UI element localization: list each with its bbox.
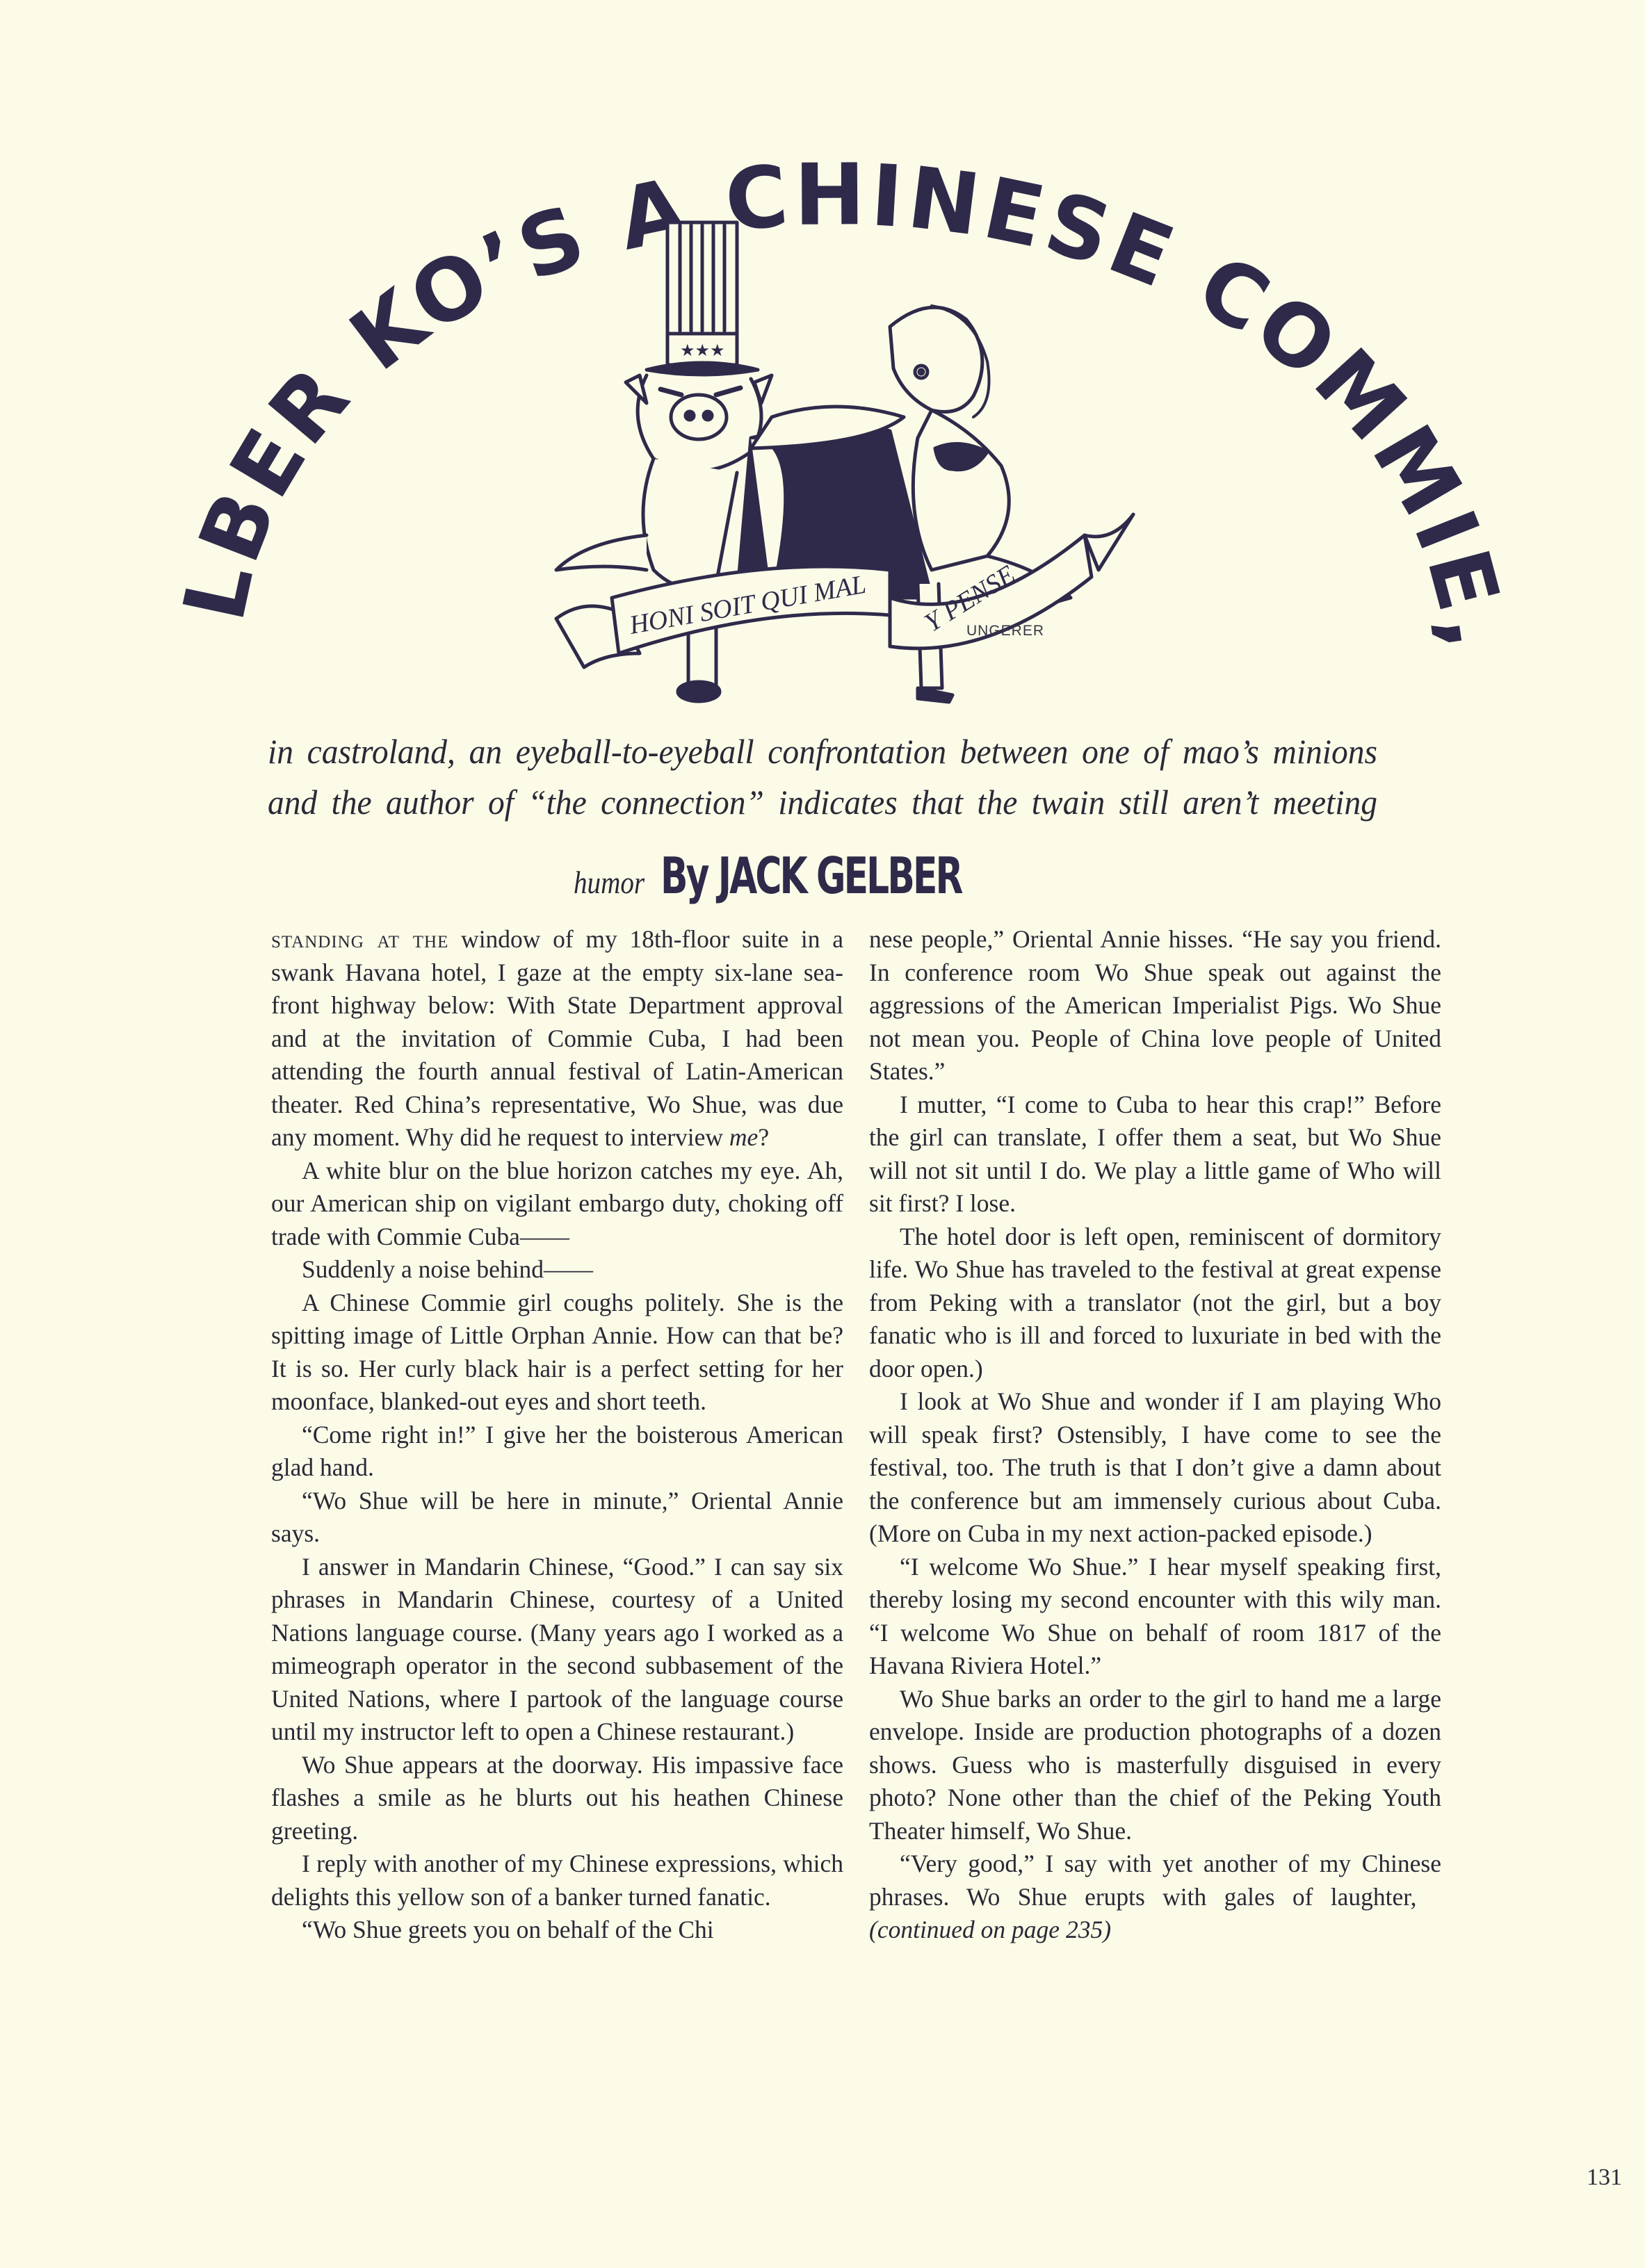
body-column-right: nese people,” Oriental Annie hisses. “He… xyxy=(869,923,1441,1947)
paragraph: A white blur on the blue horizon catches… xyxy=(271,1155,843,1254)
paragraph: I reply with another of my Chinese expre… xyxy=(271,1847,843,1914)
paragraph: nese people,” Oriental Annie hisses. “He… xyxy=(869,923,1441,1088)
author-name: By JACK GELBER xyxy=(661,847,962,905)
paragraph: “Come right in!” I give her the boister­… xyxy=(271,1419,843,1485)
byline: humorBy JACK GELBER xyxy=(0,847,1645,905)
paragraph: “I welcome Wo Shue.” I hear myself speak… xyxy=(869,1551,1441,1683)
lead-in: STANDING AT THE xyxy=(271,925,448,953)
continuation-note: (continued on page 235) xyxy=(869,1916,1111,1943)
svg-text:★★★: ★★★ xyxy=(680,341,725,360)
paragraph: Suddenly a noise behind—— xyxy=(271,1253,843,1287)
section-rubric: humor xyxy=(574,864,645,901)
emphasis: me xyxy=(729,1123,758,1151)
paragraph: I answer in Mandarin Chinese, “Good.” I … xyxy=(271,1551,843,1749)
paragraph: STANDING AT THE window of my 18th-floor … xyxy=(271,923,843,1155)
paragraph: “Very good,” I say with yet another of m… xyxy=(869,1847,1441,1947)
dek-line-1: in castroland, an eyeball-to-eyeball con… xyxy=(268,726,1377,777)
paragraph: “Wo Shue greets you on behalf of the Chi… xyxy=(271,1914,843,1947)
body-column-left: STANDING AT THE window of my 18th-floor … xyxy=(271,923,843,1947)
magazine-page: JACK GELBER KO’S A CHINESE COMMIE, MAYBE… xyxy=(0,0,1645,2268)
paragraph: A Chinese Commie girl coughs politely. S… xyxy=(271,1287,843,1419)
article-dek: in castroland, an eyeball-to-eyeball con… xyxy=(268,726,1377,828)
paragraph: Wo Shue appears at the doorway. His im­p… xyxy=(271,1749,843,1848)
paragraph: The hotel door is left open, reminiscent… xyxy=(869,1221,1441,1386)
paragraph: “Wo Shue will be here in minute,” Ori­en… xyxy=(271,1485,843,1551)
top-hat-icon: ★★★ xyxy=(647,222,758,375)
paragraph: Wo Shue barks an order to the girl to ha… xyxy=(869,1683,1441,1848)
paragraph: I look at Wo Shue and wonder if I am pla… xyxy=(869,1385,1441,1551)
page-number: 131 xyxy=(1587,2164,1622,2191)
dek-line-2: and the author of “the connection” indic… xyxy=(268,777,1377,828)
cartoon-illustration: ★★★ xyxy=(542,209,1140,709)
paragraph: I mutter, “I come to Cuba to hear this c… xyxy=(869,1088,1441,1221)
illustrator-credit: UNGERER xyxy=(966,623,1044,639)
